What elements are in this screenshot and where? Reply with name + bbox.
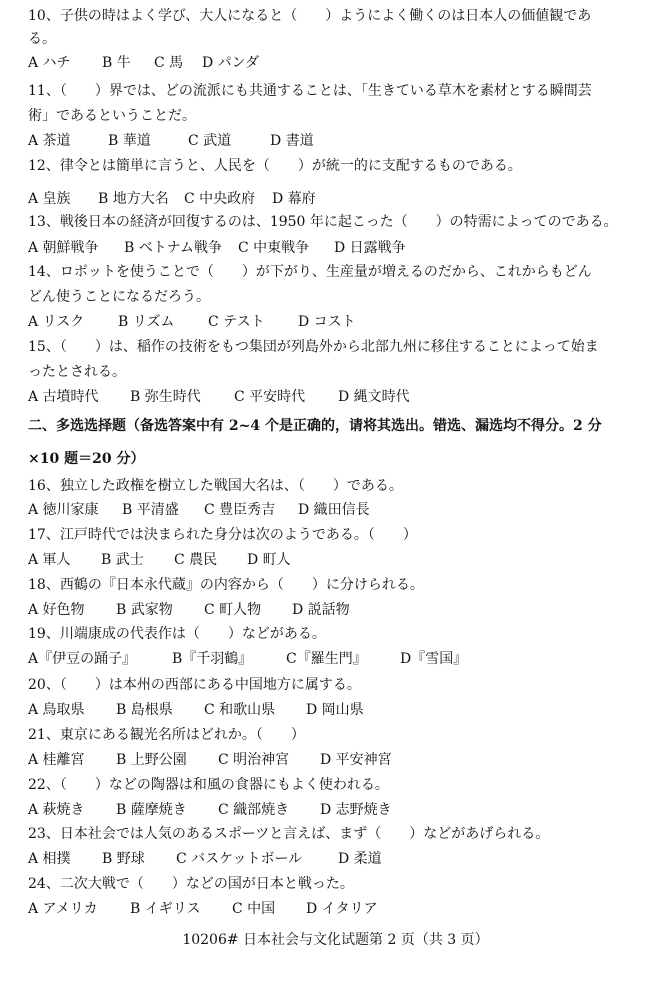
section-2-heading: 二、多选选择题（备选答案中有 2~4 个是正确的，请将其选出。错选、漏选均不得分… [28, 417, 602, 435]
question-20-options: A 鳥取県B 島根県C 和歌山県D 岡山県 [28, 701, 364, 719]
option-d: D 日露戦争 [334, 239, 406, 257]
option-a: A 徳川家康 [28, 501, 122, 519]
option-d: D 志野焼き [320, 801, 392, 819]
option-d: D コスト [298, 313, 356, 331]
question-15-text: 15、（ ）は、稲作の技術をもつ集団が列島外から北部九州に移住することによって始… [28, 338, 599, 356]
option-a: A 古墳時代 [28, 388, 130, 406]
option-c: C 中央政府 [184, 190, 272, 208]
question-16-text: 16、独立した政権を樹立した戦国大名は、（ ）である。 [28, 477, 403, 495]
option-d: D 織田信長 [298, 501, 370, 519]
option-a: A『伊豆の踊子』 [28, 650, 172, 668]
option-b: B 薩摩焼き [116, 801, 218, 819]
question-10-text: 10、子供の時はよく学び、大人になると（ ）ようによく働くのは日本人の価値観であ [28, 7, 591, 25]
option-c: C 織部焼き [218, 801, 320, 819]
question-22-text: 22、（ ）などの陶器は和風の食器にもよく使われる。 [28, 776, 389, 794]
option-c: C 豊臣秀吉 [204, 501, 298, 519]
option-d: D 説話物 [292, 601, 350, 619]
option-c: C『羅生門』 [286, 650, 400, 668]
option-b: B 島根県 [116, 701, 204, 719]
option-a: A 桂離宮 [28, 751, 116, 769]
option-a: A 鳥取県 [28, 701, 116, 719]
option-b: B 上野公園 [116, 751, 218, 769]
option-d: D 町人 [247, 551, 291, 569]
option-c: C 馬 [154, 54, 202, 72]
option-a: A 好色物 [28, 601, 116, 619]
option-b: B 地方大名 [98, 190, 184, 208]
option-d: D 平安神宮 [320, 751, 392, 769]
question-11-options: A 茶道B 華道C 武道D 書道 [28, 132, 314, 150]
question-10-options: A ハチB 牛C 馬D パンダ [28, 54, 259, 72]
question-12-text: 12、律令とは簡単に言うと、人民を（ ）が統一的に支配するものである。 [28, 157, 522, 175]
option-c: C 明治神宮 [218, 751, 320, 769]
question-21-options: A 桂離宮B 上野公園C 明治神宮D 平安神宮 [28, 751, 392, 769]
option-a: A 軍人 [28, 551, 101, 569]
question-19-options: A『伊豆の踊子』B『千羽鶴』C『羅生門』D『雪国』 [28, 650, 467, 668]
question-19-text: 19、川端康成の代表作は（ ）などがある。 [28, 625, 326, 643]
option-a: A 茶道 [28, 132, 108, 150]
option-a: A 皇族 [28, 190, 98, 208]
option-c: C 中国 [232, 900, 306, 918]
question-21-text: 21、東京にある観光名所はどれか。（ ） [28, 726, 305, 744]
question-14-text: 14、ロボットを使うことで（ ）が下がり、生産量が増えるのだから、これからもどん [28, 263, 592, 281]
question-12-options: A 皇族B 地方大名C 中央政府D 幕府 [28, 190, 316, 208]
option-c: C バスケットボール [176, 850, 338, 868]
option-d: D 岡山県 [306, 701, 364, 719]
question-24-text: 24、二次大戦で（ ）などの国が日本と戦った。 [28, 875, 354, 893]
option-b: B 牛 [102, 54, 154, 72]
question-15-text-cont: ったとされる。 [28, 363, 126, 381]
option-c: C 平安時代 [234, 388, 338, 406]
question-11-text-cont: 術」であるということだ。 [28, 107, 196, 125]
option-d: D『雪国』 [400, 650, 467, 668]
option-b: B 武士 [101, 551, 174, 569]
option-b: B 弥生時代 [130, 388, 234, 406]
question-23-options: A 相撲B 野球C バスケットボールD 柔道 [28, 850, 382, 868]
question-11-text: 11、（ ）界では、どの流派にも共通することは、「生きている草木を素材とする瞬間… [28, 82, 592, 100]
option-c: C 武道 [188, 132, 270, 150]
option-b: B 武家物 [116, 601, 204, 619]
option-b: B 野球 [102, 850, 176, 868]
option-c: C テスト [208, 313, 298, 331]
page-footer: 10206# 日本社会与文化试题第 2 页（共 3 页） [0, 931, 671, 949]
option-d: D 柔道 [338, 850, 382, 868]
option-d: D パンダ [202, 54, 259, 72]
option-d: D 幕府 [272, 190, 316, 208]
question-15-options: A 古墳時代B 弥生時代C 平安時代D 縄文時代 [28, 388, 410, 406]
option-d: D イタリア [306, 900, 378, 918]
option-b: B 平清盛 [122, 501, 204, 519]
option-a: A 萩焼き [28, 801, 116, 819]
question-13-options: A 朝鮮戦争B ベトナム戦争C 中東戦争D 日露戦争 [28, 239, 406, 257]
option-a: A アメリカ [28, 900, 130, 918]
option-a: A 朝鮮戦争 [28, 239, 124, 257]
question-13-text: 13、戦後日本の経済が回復するのは、1950 年に起こった（ ）の特需によっての… [28, 213, 618, 231]
question-20-text: 20、（ ）は本州の西部にある中国地方に属する。 [28, 676, 361, 694]
question-23-text: 23、日本社会では人気のあるスポーツと言えば、まず（ ）などがあげられる。 [28, 825, 549, 843]
question-17-text: 17、江戸時代では決まられた身分は次のようである。（ ） [28, 526, 417, 544]
option-b: B 華道 [108, 132, 188, 150]
option-d: D 縄文時代 [338, 388, 410, 406]
question-14-text-cont: どん使うことになるだろう。 [28, 288, 210, 306]
option-a: A 相撲 [28, 850, 102, 868]
option-b: B『千羽鶴』 [172, 650, 286, 668]
question-16-options: A 徳川家康B 平清盛C 豊臣秀吉D 織田信長 [28, 501, 370, 519]
option-d: D 書道 [270, 132, 314, 150]
question-14-options: A リスクB リズムC テストD コスト [28, 313, 356, 331]
question-10-text-cont: る。 [28, 30, 56, 48]
option-b: B リズム [118, 313, 208, 331]
option-a: A リスク [28, 313, 118, 331]
question-22-options: A 萩焼きB 薩摩焼きC 織部焼きD 志野焼き [28, 801, 392, 819]
option-c: C 町人物 [204, 601, 292, 619]
option-b: B イギリス [130, 900, 232, 918]
option-c: C 中東戦争 [238, 239, 334, 257]
option-c: C 農民 [174, 551, 247, 569]
question-18-options: A 好色物B 武家物C 町人物D 説話物 [28, 601, 350, 619]
option-c: C 和歌山県 [204, 701, 306, 719]
question-24-options: A アメリカB イギリスC 中国D イタリア [28, 900, 378, 918]
option-a: A ハチ [28, 54, 102, 72]
section-2-heading-cont: ×10 题＝20 分） [28, 450, 144, 468]
question-18-text: 18、西鶴の『日本永代蔵』の内容から（ ）に分けられる。 [28, 576, 424, 594]
option-b: B ベトナム戦争 [124, 239, 238, 257]
question-17-options: A 軍人B 武士C 農民D 町人 [28, 551, 291, 569]
